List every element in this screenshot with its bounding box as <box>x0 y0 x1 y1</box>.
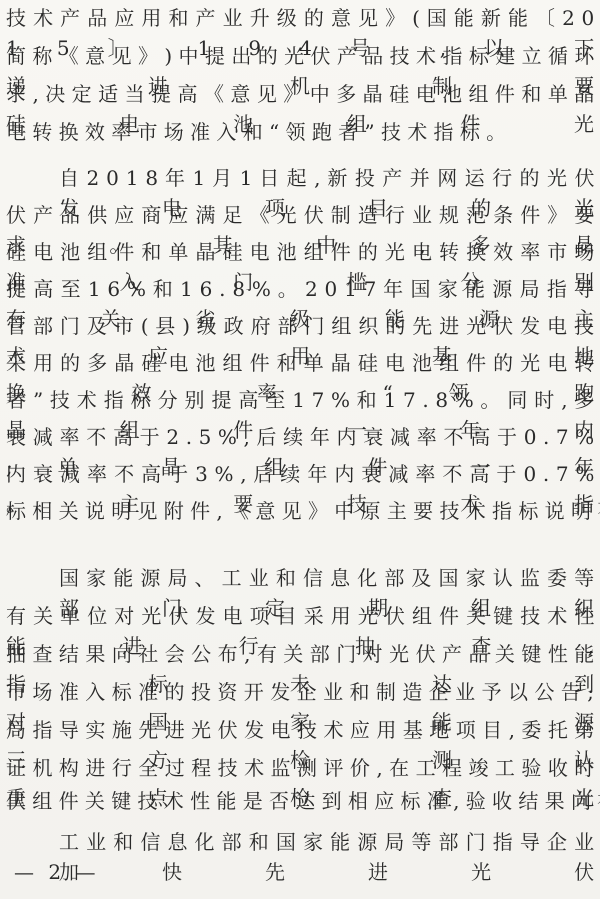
text-line: 内 衰 减 率 不 高 于 3 % , 后 续 年 内 衰 减 率 不 高 于 … <box>6 459 594 489</box>
text-line: 者 ” 技 术 指 标 分 别 提 高 至 1 7 % 和 1 7 . 8 % … <box>6 385 594 415</box>
text-line: 伏组件关键技术性能是否达到相应标准,验收结果向社会公布。 <box>6 786 594 816</box>
text-line: 国 家 能 源 局 、 工 业 和 信 息 化 部 及 国 家 认 监 委 等 … <box>59 563 594 593</box>
text-line: 采 用 的 多 晶 硅 电 池 组 件 和 单 晶 硅 电 池 组 件 的 光 … <box>6 348 594 378</box>
text-line: 标相关说明见附件,《意见》中原主要技术指标说明不再适用。 <box>6 496 594 526</box>
text-line: 求 , 决 定 适 当 提 高 《 意 见 》 中 多 晶 硅 电 池 组 件 … <box>6 79 594 109</box>
text-line: 简 称 《 意 见 》 ) 中 提 出 的 光 伏 产 品 技 术 指 标 建 … <box>6 41 594 71</box>
text-line: 电转换效率市场准入和“领跑者”技术指标。 <box>6 117 594 147</box>
text-line: 技 术 产 品 应 用 和 产 业 升 级 的 意 见 》 ( 国 能 新 能 … <box>6 3 594 33</box>
text-line: 伏 产 品 供 应 商 应 满 足 《 光 伏 制 造 行 业 规 范 条 件 … <box>6 200 594 230</box>
text-line: 工 业 和 信 息 化 部 和 国 家 能 源 局 等 部 门 指 导 企 业 … <box>59 827 594 857</box>
text-line: 抽 查 结 果 向 社 会 公 布 , 有 关 部 门 对 光 伏 产 品 关 … <box>6 639 594 669</box>
document-page: 技 术 产 品 应 用 和 产 业 升 级 的 意 见 》 ( 国 能 新 能 … <box>0 0 600 899</box>
text-line: 提 高 至 1 6 % 和 1 6 . 8 % 。 2 0 1 7 年 国 家 … <box>6 274 594 304</box>
page-number: — 2 — <box>14 858 99 886</box>
text-line: 硅 电 池 组 件 和 单 晶 硅 电 池 组 件 的 光 电 转 换 效 率 … <box>6 237 594 267</box>
text-line: 局 指 导 实 施 先 进 光 伏 发 电 技 术 应 用 基 地 项 目 , … <box>6 715 594 745</box>
text-line: 有 关 单 位 对 光 伏 发 电 项 目 采 用 光 伏 组 件 关 键 技 … <box>6 601 594 631</box>
text-line: 市 场 准 入 标 准 的 投 资 开 发 企 业 和 制 造 企 业 予 以 … <box>6 677 594 707</box>
text-line: 管 部 门 及 市 ( 县 ) 级 政 府 部 门 组 织 的 先 进 光 伏 … <box>6 311 594 341</box>
text-line: 证 机 构 进 行 全 过 程 技 术 监 测 评 价 , 在 工 程 竣 工 … <box>6 753 594 783</box>
text-line: 自 2 0 1 8 年 1 月 1 日 起 , 新 投 产 并 网 运 行 的 … <box>59 163 594 193</box>
text-line: 衰 减 率 不 高 于 2 . 5 % , 后 续 年 内 衰 减 率 不 高 … <box>6 422 594 452</box>
